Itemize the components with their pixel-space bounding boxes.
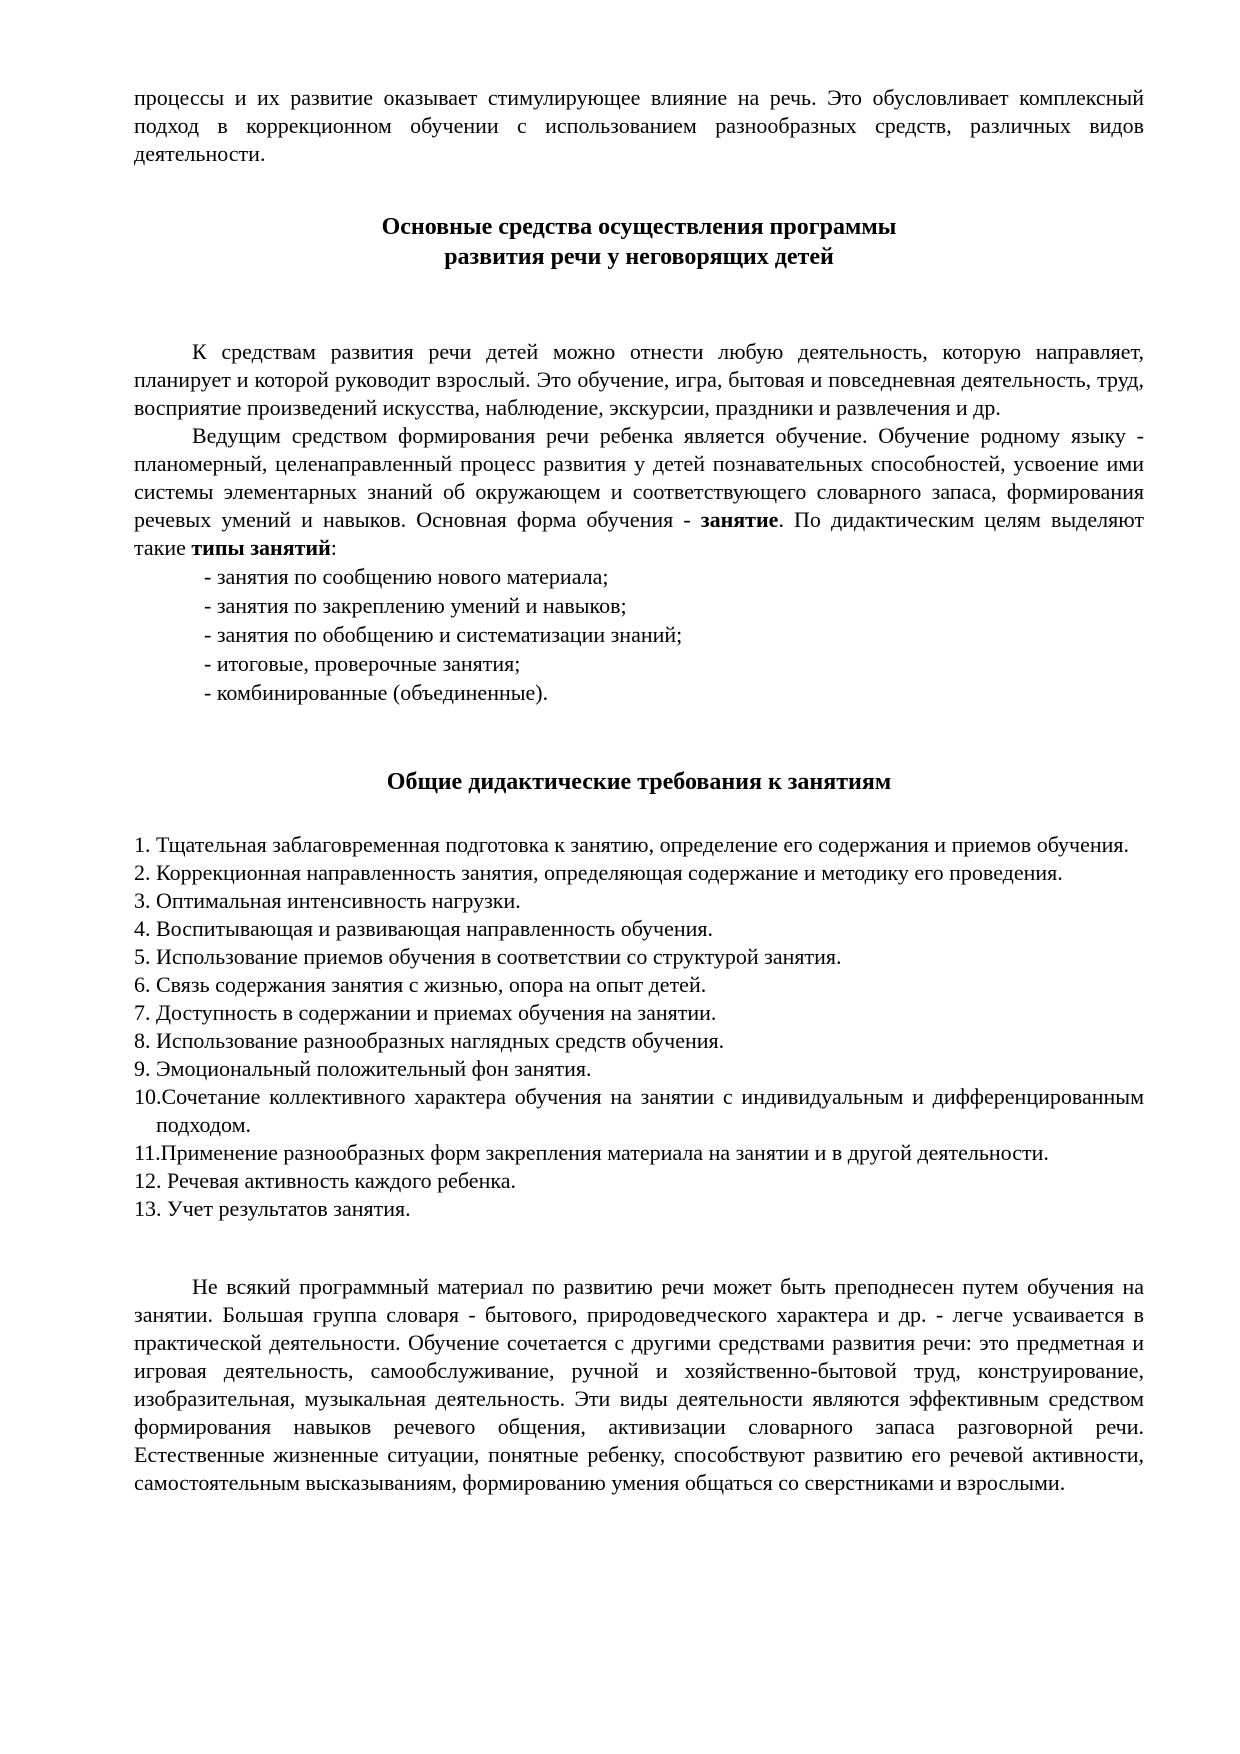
section1-heading-line1: Основные средства осуществления программ… bbox=[134, 212, 1144, 242]
requirement-item: 13. Учет результатов занятия. bbox=[134, 1195, 1144, 1223]
closing-paragraph: Не всякий программный материал по развит… bbox=[134, 1273, 1144, 1497]
lesson-type-item: - занятия по сообщению нового материала; bbox=[204, 562, 1144, 591]
bold-term-lesson-types: типы занятий bbox=[191, 535, 330, 560]
paragraph-means-of-speech-development: К средствам развития речи детей можно от… bbox=[134, 338, 1144, 422]
requirement-item: 8. Использование разнообразных наглядных… bbox=[134, 1027, 1144, 1055]
text-segment: : bbox=[331, 535, 337, 560]
intro-paragraph: процессы и их развитие оказывает стимули… bbox=[134, 84, 1144, 168]
requirement-item: 1. Тщательная заблаговременная подготовк… bbox=[134, 831, 1144, 859]
lesson-types-list: - занятия по сообщению нового материала;… bbox=[204, 562, 1144, 707]
requirement-item: 2. Коррекционная направленность занятия,… bbox=[134, 859, 1144, 887]
requirement-item: 10.Сочетание коллективного характера обу… bbox=[134, 1083, 1144, 1139]
requirement-item: 3. Оптимальная интенсивность нагрузки. bbox=[134, 887, 1144, 915]
requirement-item: 11.Применение разнообразных форм закрепл… bbox=[134, 1139, 1144, 1167]
bold-term-lesson: занятие bbox=[701, 507, 779, 532]
lesson-type-item: - итоговые, проверочные занятия; bbox=[204, 649, 1144, 678]
paragraph-leading-means: Ведущим средством формирования речи ребе… bbox=[134, 422, 1144, 562]
lesson-type-item: - занятия по обобщению и систематизации … bbox=[204, 620, 1144, 649]
requirement-item: 12. Речевая активность каждого ребенка. bbox=[134, 1167, 1144, 1195]
requirement-item: 4. Воспитывающая и развивающая направлен… bbox=[134, 915, 1144, 943]
document-page: процессы и их развитие оказывает стимули… bbox=[0, 0, 1240, 1754]
requirement-item: 9. Эмоциональный положительный фон занят… bbox=[134, 1055, 1144, 1083]
lesson-type-item: - занятия по закреплению умений и навыко… bbox=[204, 591, 1144, 620]
lesson-type-item: - комбинированные (объединенные). bbox=[204, 678, 1144, 707]
requirement-item: 6. Связь содержания занятия с жизнью, оп… bbox=[134, 971, 1144, 999]
section2-heading: Общие дидактические требования к занятия… bbox=[134, 767, 1144, 797]
document-content: процессы и их развитие оказывает стимули… bbox=[134, 84, 1144, 1497]
didactic-requirements-list: 1. Тщательная заблаговременная подготовк… bbox=[134, 831, 1144, 1223]
section1-heading: Основные средства осуществления программ… bbox=[134, 212, 1144, 272]
requirement-item: 5. Использование приемов обучения в соот… bbox=[134, 943, 1144, 971]
requirement-item: 7. Доступность в содержании и приемах об… bbox=[134, 999, 1144, 1027]
section1-heading-line2: развития речи у неговорящих детей bbox=[134, 242, 1144, 272]
